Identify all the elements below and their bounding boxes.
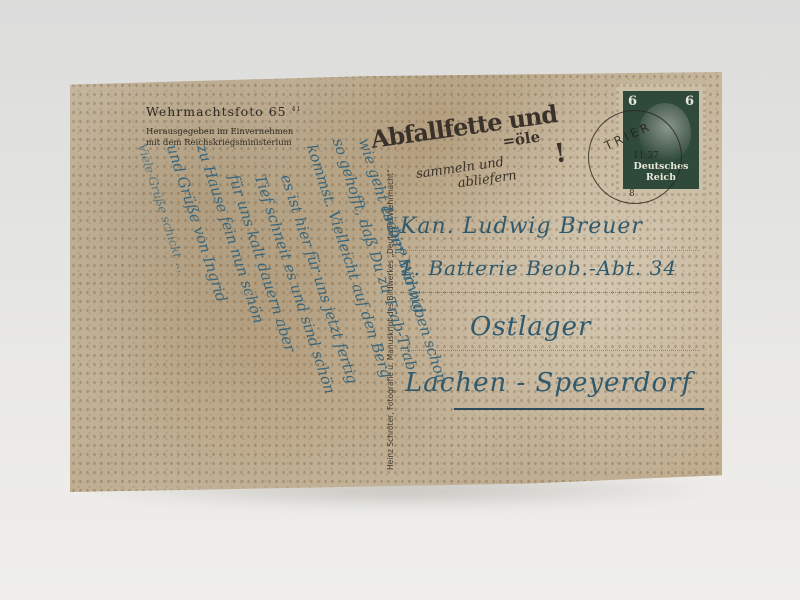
handwritten-message: Lieber Ludwig wie geht es Dir? Wir haben… bbox=[110, 92, 400, 472]
address-guide-line bbox=[400, 292, 700, 293]
address-guide-line bbox=[400, 350, 700, 351]
address-underline bbox=[454, 408, 704, 410]
address-line-3: Ostlager bbox=[470, 312, 591, 342]
address-guide-line bbox=[400, 250, 700, 251]
postcard: Wehrmachtsfoto 65 41 Herausgegeben im Ei… bbox=[70, 72, 722, 492]
stamp-value-right: 6 bbox=[685, 94, 694, 109]
stamp-value-left: 6 bbox=[628, 94, 637, 109]
postmark-city: TRIER bbox=[602, 119, 653, 153]
postmark-date: 11.37 bbox=[633, 151, 659, 161]
postmark-code: 8 bbox=[629, 189, 635, 199]
address-line-1: Kan. Ludwig Breuer bbox=[400, 214, 643, 239]
address-line-2: 1. Batterie Beob.-Abt. 34 bbox=[400, 256, 677, 280]
postmark-circle: TRIER 11.37 8 bbox=[588, 110, 682, 204]
